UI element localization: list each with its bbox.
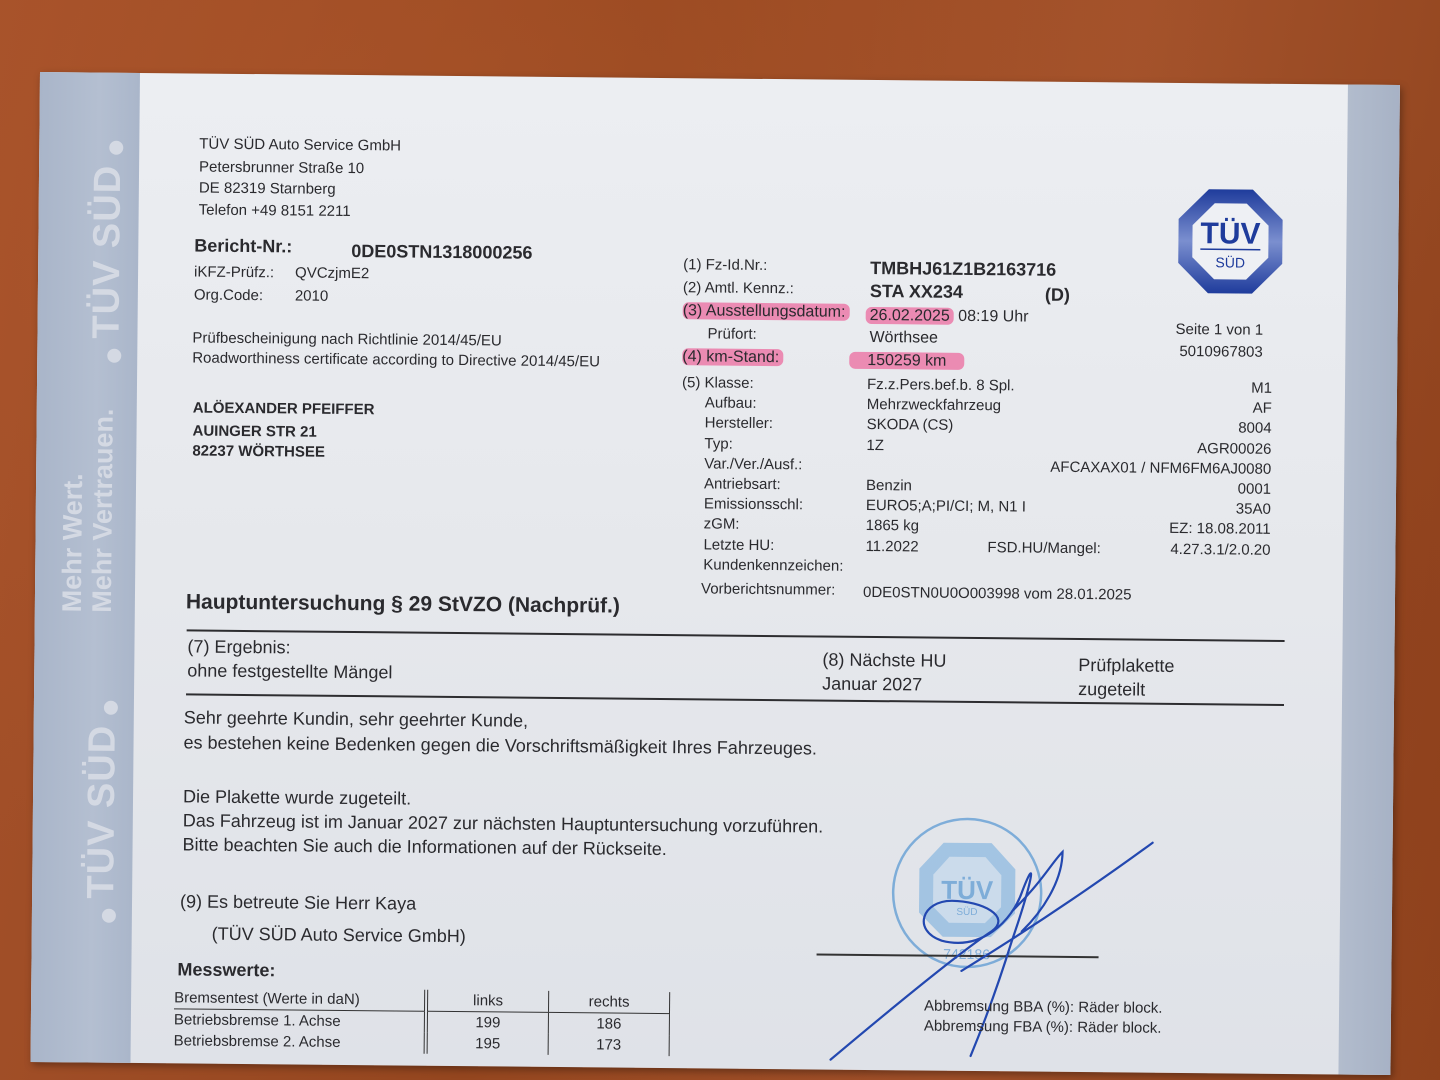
letter-greeting: Sehr geehrte Kundin, sehr geehrter Kunde… — [184, 707, 528, 731]
issuer-company: TÜV SÜD Auto Service GmbH — [199, 136, 401, 155]
sticker-label: Prüfplakette — [1078, 655, 1174, 677]
issuer-phone: Telefon +49 8151 2211 — [199, 202, 351, 220]
ikfz-value: QVCzjmE2 — [295, 264, 369, 282]
test-place: Wörthsee — [869, 329, 938, 348]
recipient-street: AUINGER STR 21 — [192, 422, 316, 440]
band-slogan-lower: Mehr Wert. Mehr Vertrauen. — [57, 408, 119, 613]
org-code-label: Org.Code: — [194, 286, 263, 304]
vehicle-field-value: Mehrzweckfahrzeug — [867, 396, 1001, 414]
vehicle-field-label: Emissionsschl: — [704, 496, 803, 514]
left-brand-band: Mehr Wert. Mehr Vertrauen. TÜV SÜD TÜV S… — [30, 72, 139, 1063]
inspection-title: Hauptuntersuchung § 29 StVZO (Nachprüf.) — [186, 590, 620, 618]
inspector-line-1: (9) Es betreute Sie Herr Kaya — [180, 891, 416, 914]
issue-date-label: (3) Ausstellungsdatum: — [683, 302, 850, 322]
result-label: (7) Ergebnis: — [187, 636, 290, 658]
svg-text:SÜD: SÜD — [1215, 253, 1245, 270]
vehicle-field-code: 4.27.3.1/2.0.20 — [1170, 540, 1270, 558]
mileage-label: (4) km-Stand: — [682, 348, 783, 367]
vehicle-field-label: Typ: — [704, 435, 733, 452]
letter-line-2: Die Plakette wurde zugeteilt. — [183, 786, 411, 809]
org-code-value: 2010 — [295, 287, 329, 304]
vehicle-field-code: AGR00026 — [1197, 440, 1271, 458]
vehicle-field-label: Letzte HU: — [703, 536, 774, 554]
sticker-value: zugeteilt — [1078, 679, 1145, 701]
vehicle-field-code: AF — [1253, 400, 1272, 417]
recipient-city: 82237 WÖRTHSEE — [192, 442, 325, 460]
column-header: Bremsentest (Werte in daN) — [174, 987, 426, 1011]
vehicle-field-value: Benzin — [866, 477, 912, 494]
band-brand-lower: TÜV SÜD — [80, 691, 125, 933]
brake-test-table: Bremsentest (Werte in daN) links rechts … — [174, 987, 671, 1056]
vehicle-field-label: Aufbau: — [705, 395, 757, 412]
vehicle-details: (5) Klasse:Fz.z.Pers.bef.b. 8 Spl.M1Aufb… — [40, 72, 1400, 85]
vehicle-field-value: 11.2022 — [865, 538, 918, 556]
fz-id: TMBHJ61Z1B2163716 — [870, 258, 1056, 281]
vehicle-field-code: 0001 — [1238, 481, 1272, 498]
next-hu-value: Januar 2027 — [822, 674, 922, 696]
test-place-label: Prüfort: — [707, 325, 756, 342]
vehicle-field-label: Hersteller: — [705, 415, 774, 433]
certificate-en: Roadworthiness certificate according to … — [192, 349, 600, 370]
vehicle-field-code: M1 — [1251, 380, 1272, 397]
fz-id-label: (1) Fz-Id.Nr.: — [683, 256, 767, 274]
table-row: Betriebsbremse 2. Achse 195 173 — [174, 1030, 670, 1056]
vehicle-field-value: EURO5;A;PI/CI; M, N1 I — [866, 497, 1026, 516]
issuer-city: DE 82319 Starnberg — [199, 180, 336, 198]
band-brand-upper: TÜV SÜD — [85, 131, 130, 373]
plate: STA XX234 — [870, 281, 963, 303]
vehicle-field-label: (5) Klasse: — [682, 374, 754, 392]
ikfz-label: iKFZ-Prüfz.: — [194, 263, 274, 281]
plate-country: (D) — [1045, 285, 1070, 306]
previous-report-label: Vorberichtsnummer: — [701, 580, 835, 598]
letter-line-4: Bitte beachten Sie auch die Informatione… — [182, 834, 666, 860]
vehicle-field-label: Kundenkennzeichen: — [703, 556, 843, 574]
inspector-line-2: (TÜV SÜD Auto Service GmbH) — [212, 924, 466, 947]
tuv-sud-logo-icon: TÜV SÜD — [1176, 187, 1285, 296]
vehicle-field-value: SKODA (CS) — [867, 416, 954, 434]
letter-line-3: Das Fahrzeug ist im Januar 2027 zur näch… — [183, 810, 824, 837]
inspection-report-paper: Mehr Wert. Mehr Vertrauen. TÜV SÜD TÜV S… — [30, 72, 1399, 1075]
vehicle-field-label: zGM: — [704, 516, 740, 533]
vehicle-field-label: Antriebsart: — [704, 475, 781, 493]
recipient-name: ALÖEXANDER PFEIFFER — [193, 399, 375, 418]
issue-date: 26.02.2025 08:19 Uhr — [866, 307, 1029, 327]
plate-label: (2) Amtl. Kennz.: — [683, 279, 794, 297]
vehicle-field-code: AFCAXAX01 / NFM6FM6AJ0080 — [1050, 459, 1271, 478]
report-number: 0DE0STN1318000256 — [351, 241, 532, 264]
vehicle-field-code: 35A0 — [1236, 501, 1271, 518]
vehicle-field-code: 8004 — [1238, 420, 1272, 437]
braking-fba: Abbremsung FBA (%): Räder block. — [924, 1018, 1162, 1037]
doc-number: 5010967803 — [1179, 343, 1263, 361]
previous-report: 0DE0STN0U0O003998 vom 28.01.2025 — [863, 584, 1132, 604]
report-number-label: Bericht-Nr.: — [194, 235, 292, 257]
vehicle-field-value: 1865 kg — [866, 517, 920, 535]
issuer-street: Petersbrunner Straße 10 — [199, 159, 364, 178]
vehicle-field-extra-label: FSD.HU/Mangel: — [987, 539, 1101, 557]
letter-line-1: es bestehen keine Bedenken gegen die Vor… — [183, 732, 817, 759]
page-info: Seite 1 von 1 — [1175, 321, 1263, 339]
result-value: ohne festgestellte Mängel — [187, 660, 392, 683]
vehicle-field-value: Fz.z.Pers.bef.b. 8 Spl. — [867, 376, 1015, 394]
column-header: links — [426, 990, 549, 1013]
svg-text:TÜV: TÜV — [1200, 217, 1260, 251]
vehicle-field-code: EZ: 18.08.2011 — [1169, 520, 1271, 538]
mileage: 150259 km — [849, 352, 964, 371]
braking-bba: Abbremsung BBA (%): Räder block. — [924, 998, 1163, 1017]
column-header: rechts — [548, 991, 669, 1014]
right-band — [1338, 85, 1400, 1075]
divider — [187, 629, 1285, 642]
measurements-title: Messwerte: — [177, 959, 275, 981]
next-hu-label: (8) Nächste HU — [822, 650, 946, 672]
vehicle-field-label: Var./Ver./Ausf.: — [704, 455, 802, 473]
certificate-de: Prüfbescheinigung nach Richtlinie 2014/4… — [192, 329, 502, 349]
vehicle-field-value: 1Z — [866, 437, 884, 454]
